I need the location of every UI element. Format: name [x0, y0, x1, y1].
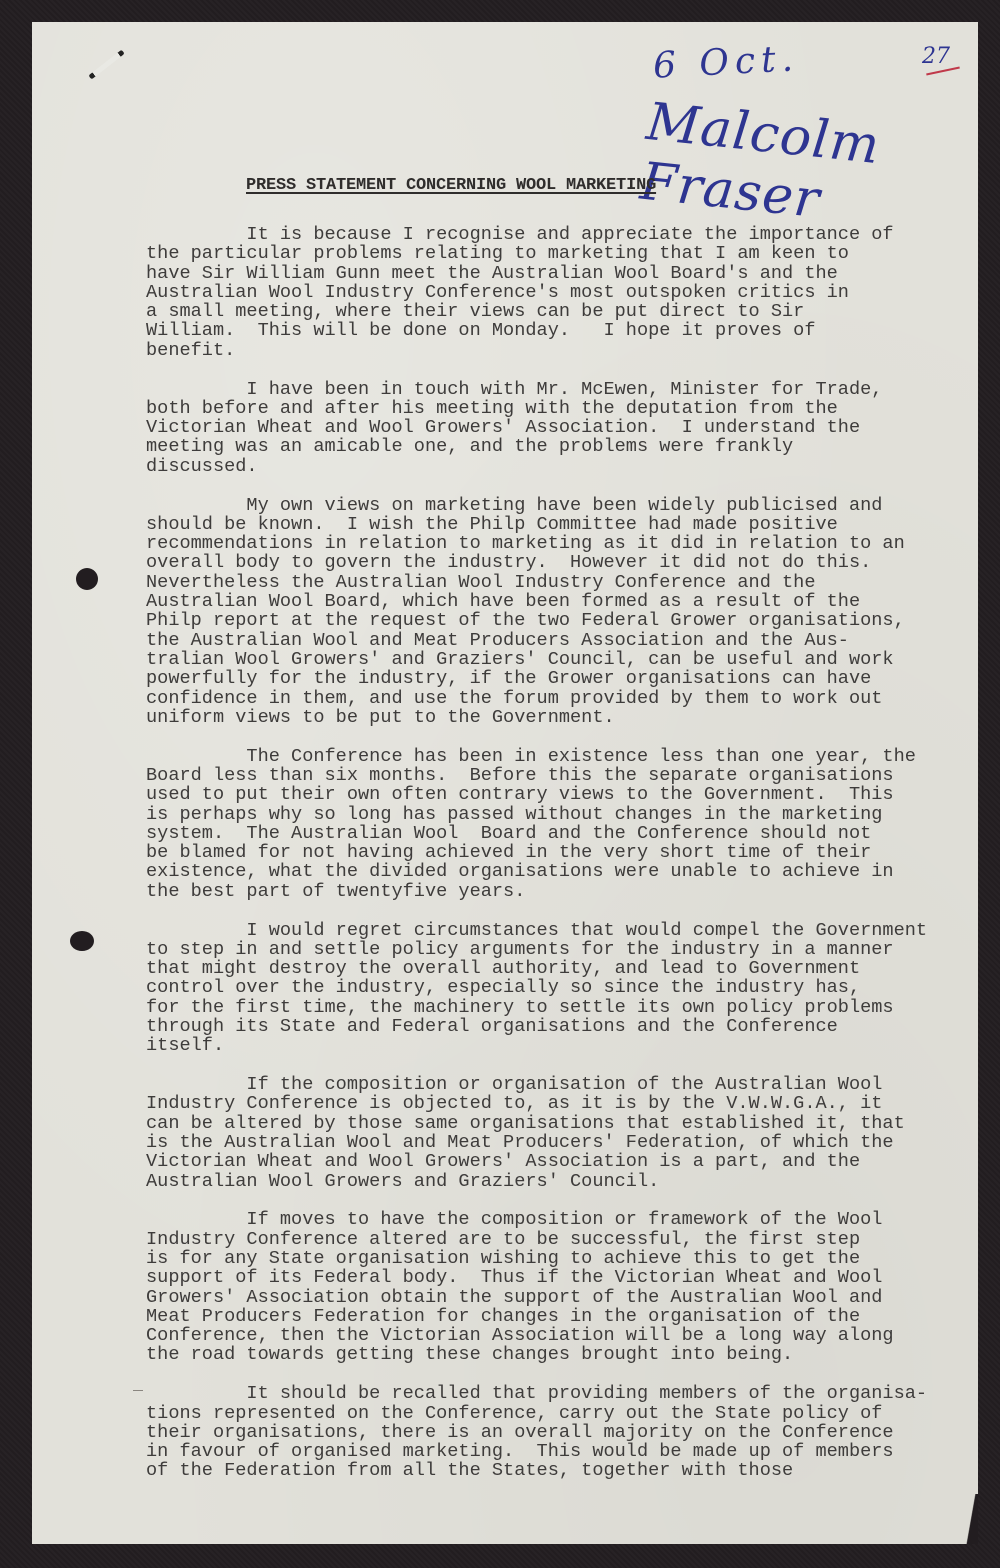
- text-line: tions represented on the Conference, car…: [146, 1404, 946, 1423]
- punch-hole-icon: [70, 931, 94, 951]
- text-line: both before and after his meeting with t…: [146, 399, 946, 418]
- text-line: Australian Wool Board, which have been f…: [146, 592, 946, 611]
- text-line: should be known. I wish the Philp Commit…: [146, 515, 946, 534]
- punch-hole-icon: [76, 568, 98, 590]
- text-line: support of its Federal body. Thus if the…: [146, 1268, 946, 1287]
- text-line: used to put their own often contrary vie…: [146, 785, 946, 804]
- text-line: Meat Producers Federation for changes in…: [146, 1307, 946, 1326]
- text-line: Growers' Association obtain the support …: [146, 1288, 946, 1307]
- text-line: Nevertheless the Australian Wool Industr…: [146, 573, 946, 592]
- text-line: meeting was an amicable one, and the pro…: [146, 437, 946, 456]
- text-line: It is because I recognise and appreciate…: [146, 225, 946, 244]
- text-line: have Sir William Gunn meet the Australia…: [146, 264, 946, 283]
- text-line: discussed.: [146, 457, 946, 476]
- text-line: that might destroy the overall authority…: [146, 959, 946, 978]
- text-line: Victorian Wheat and Wool Growers' Associ…: [146, 418, 946, 437]
- text-line: Industry Conference altered are to be su…: [146, 1230, 946, 1249]
- paragraph-6: If the composition or organisation of th…: [146, 1075, 946, 1191]
- text-line: Australian Wool Industry Conference's mo…: [146, 283, 946, 302]
- text-line: confidence in them, and use the forum pr…: [146, 689, 946, 708]
- text-line: William. This will be done on Monday. I …: [146, 321, 946, 340]
- text-line: Conference, then the Victorian Associati…: [146, 1326, 946, 1345]
- text-line: through its State and Federal organisati…: [146, 1017, 946, 1036]
- handwritten-date: 6 Oct.: [652, 38, 800, 87]
- text-line: My own views on marketing have been wide…: [146, 496, 946, 515]
- text-line: the particular problems relating to mark…: [146, 244, 946, 263]
- text-line: recommendations in relation to marketing…: [146, 534, 946, 553]
- text-line: Board less than six months. Before this …: [146, 766, 946, 785]
- text-line: If moves to have the composition or fram…: [146, 1210, 946, 1229]
- document-title: PRESS STATEMENT CONCERNING WOOL MARKETIN…: [246, 176, 946, 195]
- text-line: I would regret circumstances that would …: [146, 921, 946, 940]
- text-line: the best part of twentyfive years.: [146, 882, 946, 901]
- text-line: in favour of organised marketing. This w…: [146, 1442, 946, 1461]
- paragraph-7: If moves to have the composition or fram…: [146, 1210, 946, 1364]
- folio-number: 27: [922, 44, 950, 69]
- text-line: Industry Conference is objected to, as i…: [146, 1094, 946, 1113]
- paragraph-3: My own views on marketing have been wide…: [146, 496, 946, 728]
- text-line: overall body to govern the industry. How…: [146, 553, 946, 572]
- text-line: control over the industry, especially so…: [146, 978, 946, 997]
- text-line: Philp report at the request of the two F…: [146, 611, 946, 630]
- margin-mark: [133, 1390, 143, 1391]
- text-line: the road towards getting these changes b…: [146, 1345, 946, 1364]
- text-line: itself.: [146, 1036, 946, 1055]
- text-line: benefit.: [146, 341, 946, 360]
- text-line: uniform views to be put to the Governmen…: [146, 708, 946, 727]
- text-line: The Conference has been in existence les…: [146, 747, 946, 766]
- text-line: is perhaps why so long has passed withou…: [146, 805, 946, 824]
- text-line: powerfully for the industry, if the Grow…: [146, 669, 946, 688]
- text-line: existence, what the divided organisation…: [146, 862, 946, 881]
- text-line: be blamed for not having achieved in the…: [146, 843, 946, 862]
- text-line: system. The Australian Wool Board and th…: [146, 824, 946, 843]
- text-line: a small meeting, where their views can b…: [146, 302, 946, 321]
- text-line: If the composition or organisation of th…: [146, 1075, 946, 1094]
- text-line: Victorian Wheat and Wool Growers' Associ…: [146, 1152, 946, 1171]
- folded-corner: [964, 1494, 978, 1544]
- text-line: Australian Wool Growers and Graziers' Co…: [146, 1172, 946, 1191]
- document-body: PRESS STATEMENT CONCERNING WOOL MARKETIN…: [146, 176, 946, 1481]
- text-line: to step in and settle policy arguments f…: [146, 940, 946, 959]
- text-line: tralian Wool Growers' and Graziers' Coun…: [146, 650, 946, 669]
- paragraph-2: I have been in touch with Mr. McEwen, Mi…: [146, 380, 946, 476]
- paragraph-4: The Conference has been in existence les…: [146, 747, 946, 901]
- text-line: the Australian Wool and Meat Producers A…: [146, 631, 946, 650]
- text-line: It should be recalled that providing mem…: [146, 1384, 946, 1403]
- text-line: is for any State organisation wishing to…: [146, 1249, 946, 1268]
- text-line: their organisations, there is an overall…: [146, 1423, 946, 1442]
- text-line: for the first time, the machinery to set…: [146, 998, 946, 1017]
- text-line: of the Federation from all the States, t…: [146, 1461, 946, 1480]
- text-line: can be altered by those same organisatio…: [146, 1114, 946, 1133]
- text-line: is the Australian Wool and Meat Producer…: [146, 1133, 946, 1152]
- paragraph-8: It should be recalled that providing mem…: [146, 1384, 946, 1480]
- paragraph-5: I would regret circumstances that would …: [146, 921, 946, 1056]
- text-line: I have been in touch with Mr. McEwen, Mi…: [146, 380, 946, 399]
- paragraph-1: It is because I recognise and appreciate…: [146, 225, 946, 360]
